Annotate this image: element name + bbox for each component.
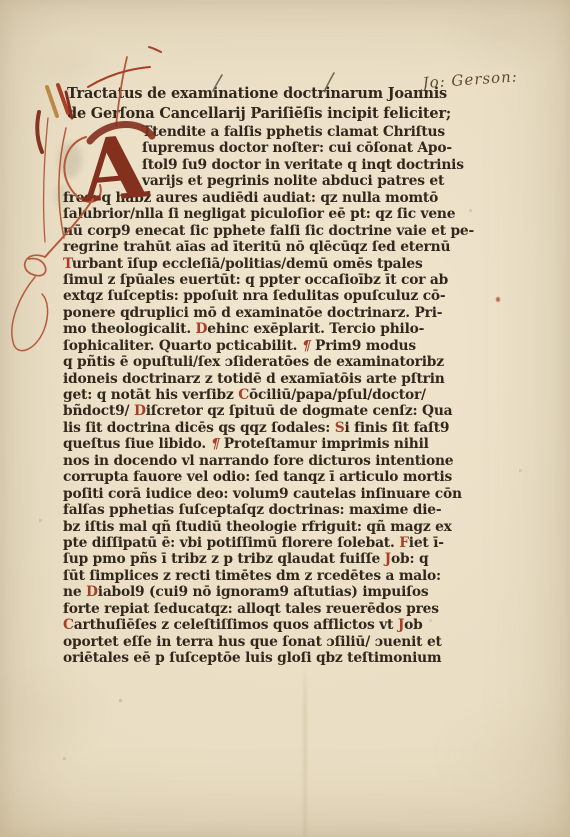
text-segment: ſupremus doctor noſter: cui cōſonat Apo- <box>142 140 452 156</box>
text-segment: arthuſiēſes z celeſtiſſimos quos afflict… <box>74 617 398 633</box>
text-segment: ſalubrior/nlla ſi negligat piculoſior eē… <box>63 206 455 222</box>
text-segment: nū corp9 enecat ſic pphete falſi ſic doc… <box>63 223 474 239</box>
text-line: fres: q habz aures audiēdi audiat: qz nu… <box>63 190 474 206</box>
text-segment: iabol9 (cui9 nō ignoram9 aſtutias) impui… <box>98 584 429 600</box>
text-segment: extqz ſuſceptis: ppoſuit nra ſedulitas o… <box>63 288 445 304</box>
text-line: extqz ſuſceptis: ppoſuit nra ſedulitas o… <box>63 288 474 304</box>
text-segment: regrine trahūt aīas ad īteritū nō qlēcūq… <box>63 239 450 255</box>
text-line: lis ſit doctrina dicēs qs qqz ſodales: S… <box>63 420 474 436</box>
text-segment: bñdoct9/ <box>63 403 134 419</box>
text-segment: nos in docendo vl narrando fore dicturos… <box>63 453 453 469</box>
text-segment: varijs et pegrinis nolite abduci patres … <box>142 173 444 189</box>
text-segment: forte repiat ſeducatqz: alloqt tales reu… <box>63 601 439 617</box>
text-line: oportet eſſe in terra hus que ſonat ɔſil… <box>63 634 474 650</box>
text-line: bñdoct9/ Diſcretor qz ſpituū de dogmate … <box>63 403 474 419</box>
text-segment: mo theologicalit. <box>63 321 196 337</box>
text-line: regrine trahūt aīas ad īteritū nō qlēcūq… <box>63 239 474 255</box>
ink-speck <box>496 297 500 302</box>
book-page-photo: Tractatus de examinatione doctrinarum Jo… <box>0 0 570 837</box>
rubricated-letter: T <box>63 256 72 272</box>
rubricated-letter: D <box>196 321 208 337</box>
text-line: nū corp9 enecat ſic pphete falſi ſic doc… <box>63 223 474 239</box>
text-line: ſtol9 ſu9 doctor in veritate q inqt doct… <box>63 157 474 173</box>
text-line: corrupta fauore vel odio: ſed tanqz ī ar… <box>63 469 474 485</box>
text-line: queſtus ſiue libido. ¶ Proteſtamur impri… <box>63 436 474 452</box>
paper-specks <box>0 0 1 1</box>
text-line: poſiti corā iudice deo: volum9 cautelas … <box>63 486 474 502</box>
text-segment: ne <box>63 584 86 600</box>
text-line: Carthuſiēſes z celeſtiſſimos quos afflic… <box>63 617 474 633</box>
text-line: ſupremus doctor noſter: cui cōſonat Apo- <box>63 140 474 156</box>
text-segment: ob <box>404 617 422 633</box>
text-segment: ehinc exēplarit. Tercio philo- <box>207 321 424 337</box>
text-segment: i finis ſit faſt9 <box>344 420 449 436</box>
body-text: Ttendite a falſis pphetis clamat Chriſtu… <box>63 124 474 666</box>
text-line: nos in docendo vl narrando fore dicturos… <box>63 453 474 469</box>
text-line: Turbant īſup eccleſiā/politias/demū omēs… <box>63 256 474 272</box>
text-segment: oriētales eē p ſuſceptōe luis gloſi qbz … <box>63 650 441 666</box>
text-segment: fres: q habz aures audiēdi audiat: qz nu… <box>63 190 438 206</box>
rubricated-letter: D <box>134 403 146 419</box>
text-line: bz iſtis mal qñ ſtudiū theologie rfrigui… <box>63 519 474 535</box>
text-segment: Tractatus de examinatione doctrinarum Jo… <box>67 85 447 102</box>
text-segment: ſimul z ſpūales euertūt: q ppter occaſio… <box>63 272 448 288</box>
text-line: get: q notāt his verſibz Cōciliū/papa/pſ… <box>63 387 474 403</box>
text-segment: get: q notāt his verſibz <box>63 387 238 403</box>
text-segment: urbant īſup eccleſiā/politias/demū omēs … <box>72 256 423 272</box>
rubricated-letter: C <box>238 387 249 403</box>
text-segment: ōciliū/papa/pſul/doctor/ <box>249 387 426 403</box>
text-line: Tractatus de examinatione doctrinarum Jo… <box>67 84 451 104</box>
text-segment: queſtus ſiue libido. <box>63 436 211 452</box>
text-line: varijs et pegrinis nolite abduci patres … <box>63 173 474 189</box>
text-segment: bz iſtis mal qñ ſtudiū theologie rfrigui… <box>63 519 452 535</box>
text-line: pte diſſipatū ē: vbi potiſſimū florere ſ… <box>63 535 474 551</box>
text-line: ſūt ſimplices z recti timētes dm z rcedē… <box>63 568 474 584</box>
text-line: oriētales eē p ſuſceptōe luis gloſi qbz … <box>63 650 474 666</box>
text-line: ſophicaliter. Quarto pcticabilit. ¶ Prim… <box>63 338 474 354</box>
text-line: falſas pphetias ſuſceptaſqz doctrinas: m… <box>63 502 474 518</box>
rubricated-letter: F <box>399 535 409 551</box>
text-segment: Prim9 modus <box>310 338 416 354</box>
text-line: q pñtis ē opuſtuli/ſex ɔſideratōes de ex… <box>63 354 474 370</box>
text-line: ſimul z ſpūales euertūt: q ppter occaſio… <box>63 272 474 288</box>
rubricated-letter: D <box>86 584 98 600</box>
text-line: idoneis doctrinarz z totidē d examīatōis… <box>63 371 474 387</box>
text-line: ſalubrior/nlla ſi negligat piculoſior eē… <box>63 206 474 222</box>
text-segment: lis ſit doctrina dicēs qs qqz ſodales: <box>63 420 335 436</box>
rubricated-letter: C <box>63 617 74 633</box>
text-segment: iſcretor qz ſpituū de dogmate cenſz: Qua <box>146 403 453 419</box>
text-segment: pte diſſipatū ē: vbi potiſſimū florere ſ… <box>63 535 399 551</box>
text-line: forte repiat ſeducatqz: alloqt tales reu… <box>63 601 474 617</box>
text-segment: ſophicaliter. Quarto pcticabilit. <box>63 338 302 354</box>
text-segment: ſtol9 ſu9 doctor in veritate q inqt doct… <box>142 157 464 173</box>
text-segment: ob: q <box>391 551 428 567</box>
text-segment: ponere qdruplici mō d examinatōe doctrin… <box>63 305 442 321</box>
text-line: ſup pmo pñs ī tribz z p tribz qlaudat fu… <box>63 551 474 567</box>
text-line: ponere qdruplici mō d examinatōe doctrin… <box>63 305 474 321</box>
text-segment: poſiti corā iudice deo: volum9 cautelas … <box>63 486 462 502</box>
text-line: ne Diabol9 (cui9 nō ignoram9 aſtutias) i… <box>63 584 474 600</box>
text-line: de Gerſona Cancellarij Pariſiēſis incipi… <box>67 104 451 124</box>
text-segment: Proteſtamur imprimis nihil <box>219 436 429 452</box>
text-segment: corrupta fauore vel odio: ſed tanqz ī ar… <box>63 469 452 485</box>
paper-crease <box>303 660 307 837</box>
text-segment: falſas pphetias ſuſceptaſqz doctrinas: m… <box>63 502 441 518</box>
text-segment: de Gerſona Cancellarij Pariſiēſis incipi… <box>67 105 451 122</box>
text-segment: idoneis doctrinarz z totidē d examīatōis… <box>63 371 445 387</box>
text-segment: Ttendite a falſis pphetis clamat Chriſtu… <box>142 124 445 140</box>
text-segment: ſūt ſimplices z recti timētes dm z rcedē… <box>63 568 441 584</box>
text-line: Ttendite a falſis pphetis clamat Chriſtu… <box>63 124 474 140</box>
text-segment: oportet eſſe in terra hus que ſonat ɔſil… <box>63 634 442 650</box>
text-line: mo theologicalit. Dehinc exēplarit. Terc… <box>63 321 474 337</box>
incipit-title: Tractatus de examinatione doctrinarum Jo… <box>67 84 451 123</box>
text-segment: q pñtis ē opuſtuli/ſex ɔſideratōes de ex… <box>63 354 444 370</box>
text-segment: ſup pmo pñs ī tribz z p tribz qlaudat fu… <box>63 551 385 567</box>
text-segment: iet ī- <box>409 535 444 551</box>
